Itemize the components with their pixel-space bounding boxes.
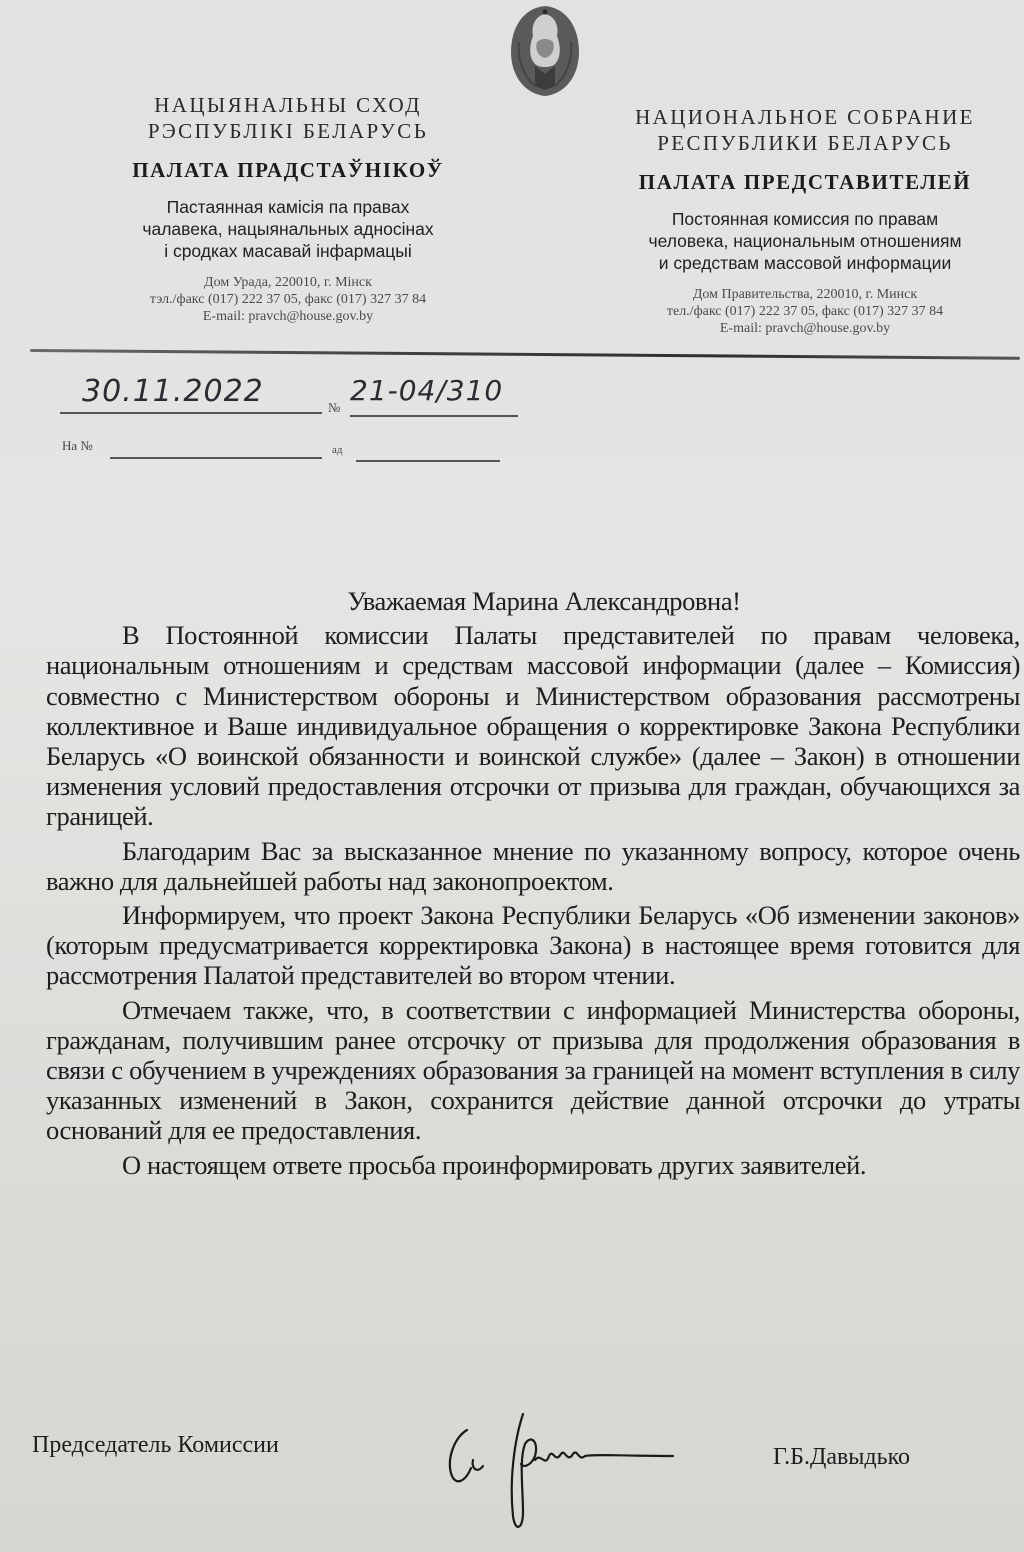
state-emblem-icon bbox=[505, 2, 585, 98]
email: E-mail: pravch@house.gov.by bbox=[78, 308, 498, 325]
phone: тэл./факс (017) 222 37 05, факс (017) 32… bbox=[78, 291, 498, 308]
outgoing-date: 30.11.2022 bbox=[82, 374, 264, 409]
header-divider bbox=[30, 349, 1020, 360]
paragraph: Отмечаем также, что, в соответствии с ин… bbox=[46, 995, 1020, 1146]
from-label: ад bbox=[332, 444, 342, 456]
signature-block: Председатель Комиссии Г.Б.Давыдько bbox=[32, 1428, 992, 1548]
paragraph: О настоящем ответе просьба проинформиров… bbox=[46, 1150, 1020, 1180]
committee-line: і сродках масавай інфармацыі bbox=[78, 240, 498, 262]
contact-block: Дом Урада, 220010, г. Мінск тэл./факс (0… bbox=[78, 274, 498, 325]
number-underline bbox=[350, 415, 518, 417]
committee-line: и средствам массовой информации bbox=[590, 252, 1020, 274]
salutation: Уважаемая Марина Александровна! bbox=[46, 586, 1020, 616]
reply-to-line bbox=[110, 457, 322, 459]
chamber-name: ПАЛАТА ПРАДСТАЎНІКОЎ bbox=[78, 158, 498, 183]
from-line bbox=[356, 460, 500, 462]
committee-line: Постоянная комиссия по правам bbox=[590, 208, 1020, 230]
phone: тел./факс (017) 222 37 05, факс (017) 32… bbox=[590, 303, 1020, 320]
signatory-role: Председатель Комиссии bbox=[32, 1432, 279, 1459]
paragraph: Информируем, что проект Закона Республик… bbox=[46, 900, 1020, 991]
org-name-line: НАЦИОНАЛЬНОЕ СОБРАНИЕ bbox=[590, 104, 1020, 130]
committee-name: Пастаянная камісія па правах чалавека, н… bbox=[78, 196, 498, 262]
address: Дом Правительства, 220010, г. Минск bbox=[590, 286, 1020, 303]
paragraph: Благодарим Вас за высказанное мнение по … bbox=[46, 836, 1020, 896]
committee-line: чалавека, нацыянальных адносінах bbox=[78, 218, 498, 240]
email: E-mail: pravch@house.gov.by bbox=[590, 320, 1020, 337]
reply-to-label: На № bbox=[62, 438, 93, 454]
org-name-line: РЕСПУБЛИКИ БЕЛАРУСЬ bbox=[590, 130, 1020, 156]
contact-block: Дом Правительства, 220010, г. Минск тел.… bbox=[590, 286, 1020, 337]
outgoing-number: 21-04/310 bbox=[350, 374, 503, 407]
org-name-line: НАЦЫЯНАЛЬНЫ СХОД bbox=[78, 92, 498, 118]
number-label: № bbox=[328, 400, 340, 416]
committee-line: Пастаянная камісія па правах bbox=[78, 196, 498, 218]
address: Дом Урада, 220010, г. Мінск bbox=[78, 274, 498, 291]
committee-name: Постоянная комиссия по правам человека, … bbox=[590, 208, 1020, 274]
letter-body: Уважаемая Марина Александровна! В Постоя… bbox=[46, 586, 1020, 1184]
date-underline bbox=[60, 412, 322, 414]
committee-line: человека, национальным отношениям bbox=[590, 230, 1020, 252]
paragraph: В Постоянной комиссии Палаты представите… bbox=[46, 620, 1020, 831]
letterhead-belarusian: НАЦЫЯНАЛЬНЫ СХОД РЭСПУБЛІКІ БЕЛАРУСЬ ПАЛ… bbox=[78, 92, 498, 325]
signatory-name: Г.Б.Давыдько bbox=[773, 1444, 910, 1471]
handwritten-signature-icon bbox=[427, 1408, 727, 1548]
letterhead-russian: НАЦИОНАЛЬНОЕ СОБРАНИЕ РЕСПУБЛИКИ БЕЛАРУС… bbox=[590, 104, 1020, 337]
org-name-line: РЭСПУБЛІКІ БЕЛАРУСЬ bbox=[78, 118, 498, 144]
chamber-name: ПАЛАТА ПРЕДСТАВИТЕЛЕЙ bbox=[590, 170, 1020, 195]
letter-page: НАЦЫЯНАЛЬНЫ СХОД РЭСПУБЛІКІ БЕЛАРУСЬ ПАЛ… bbox=[0, 0, 1024, 1552]
